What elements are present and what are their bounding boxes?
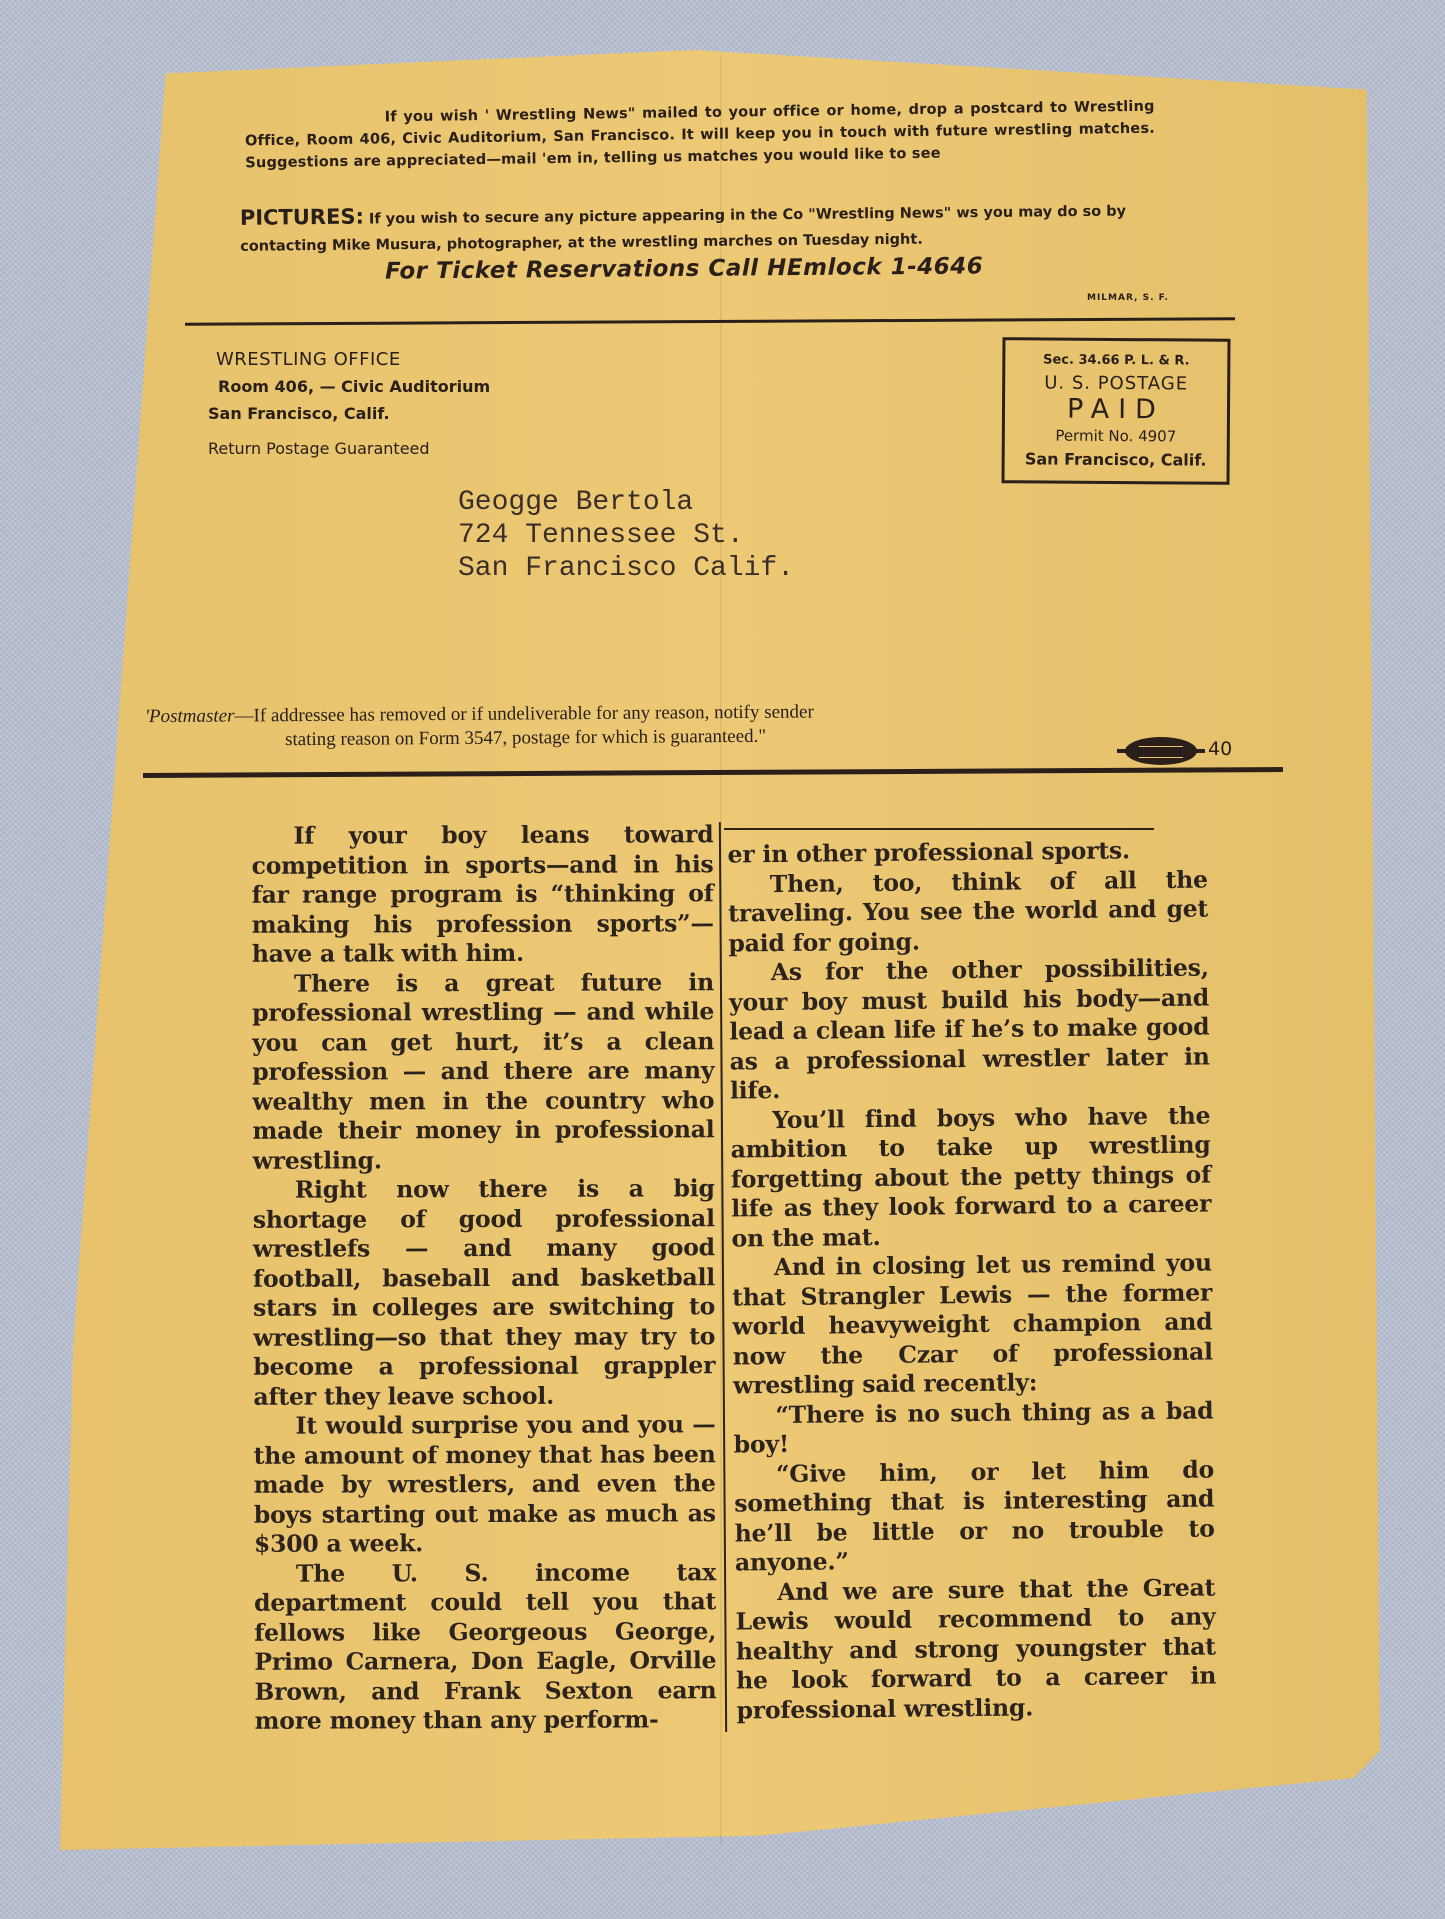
article-paragraph: If your boy leans toward competition in … (251, 820, 714, 969)
ticket-reservations-line: For Ticket Reservations Call HEmlock 1-4… (385, 253, 983, 284)
return-address-office: WRESTLING OFFICE (208, 346, 490, 373)
addressee-block: Geogge Bertola 724 Tennessee St. San Fra… (458, 486, 794, 585)
pictures-text: If you wish to secure any picture appear… (240, 204, 1126, 255)
pictures-notice: PICTURES: If you wish to secure any pict… (240, 195, 1161, 260)
addressee-name: Geogge Bertola (458, 486, 794, 519)
postage-indicia-box: Sec. 34.66 P. L. & R. U. S. POSTAGE PAID… (1001, 337, 1230, 485)
article-paragraph: And we are sure that the Great Lewis wou… (735, 1573, 1217, 1726)
pictures-label: PICTURES: (240, 205, 364, 230)
addressee-city: San Francisco Calif. (458, 552, 794, 585)
indicia-location: San Francisco, Calif. (1005, 447, 1227, 472)
article-paragraph: The U. S. income tax department could te… (254, 1558, 717, 1737)
postmaster-line1: —If addressee has removed or if undelive… (234, 701, 813, 726)
article-right-column: er in other professional sports. Then, t… (727, 836, 1216, 1726)
return-address-city: San Francisco, Calif. (208, 400, 490, 427)
column-top-rule (724, 828, 1154, 830)
return-address: WRESTLING OFFICE Room 406, — Civic Audit… (208, 346, 490, 462)
indicia-permit: Permit No. 4907 (1005, 424, 1227, 449)
article-paragraph: It would surprise you and you —the amoun… (253, 1410, 716, 1559)
article-paragraph: “Give him, or let him do something that … (734, 1455, 1215, 1578)
indicia-paid: PAID (1005, 394, 1227, 426)
article-paragraph: As for the other possibilities, your boy… (729, 954, 1211, 1107)
article-paragraph: “There is no such thing as a bad boy! (733, 1396, 1214, 1460)
indicia-section: Sec. 34.66 P. L. & R. (1005, 348, 1227, 373)
printer-mark: MILMAR, S. F. (1087, 293, 1169, 303)
article-left-column: If your boy leans toward competition in … (251, 820, 716, 1736)
return-postage-note: Return Postage Guaranteed (208, 435, 490, 462)
article-paragraph: Then, too, think of all the traveling. Y… (728, 865, 1209, 959)
article-paragraph: There is a great future in professional … (252, 968, 715, 1176)
indicia-postage: U. S. POSTAGE (1005, 371, 1227, 396)
article-paragraph: You’ll find boys who have the ambition t… (730, 1101, 1212, 1254)
postmaster-label: 'Postmaster (145, 706, 235, 728)
article-paragraph: Right now there is a big shortage of goo… (253, 1174, 716, 1412)
postmaster-notice: 'Postmaster—If addressee has removed or … (145, 699, 1045, 753)
return-address-room: Room 406, — Civic Auditorium (208, 373, 490, 400)
union-bug-icon (1125, 737, 1197, 765)
subscription-notice: If you wish ' Wrestling News" mailed to … (245, 96, 1156, 175)
addressee-street: 724 Tennessee St. (458, 519, 794, 552)
article-paragraph: And in closing let us remind you that St… (732, 1248, 1214, 1401)
union-label-number: 40 (1208, 738, 1232, 760)
